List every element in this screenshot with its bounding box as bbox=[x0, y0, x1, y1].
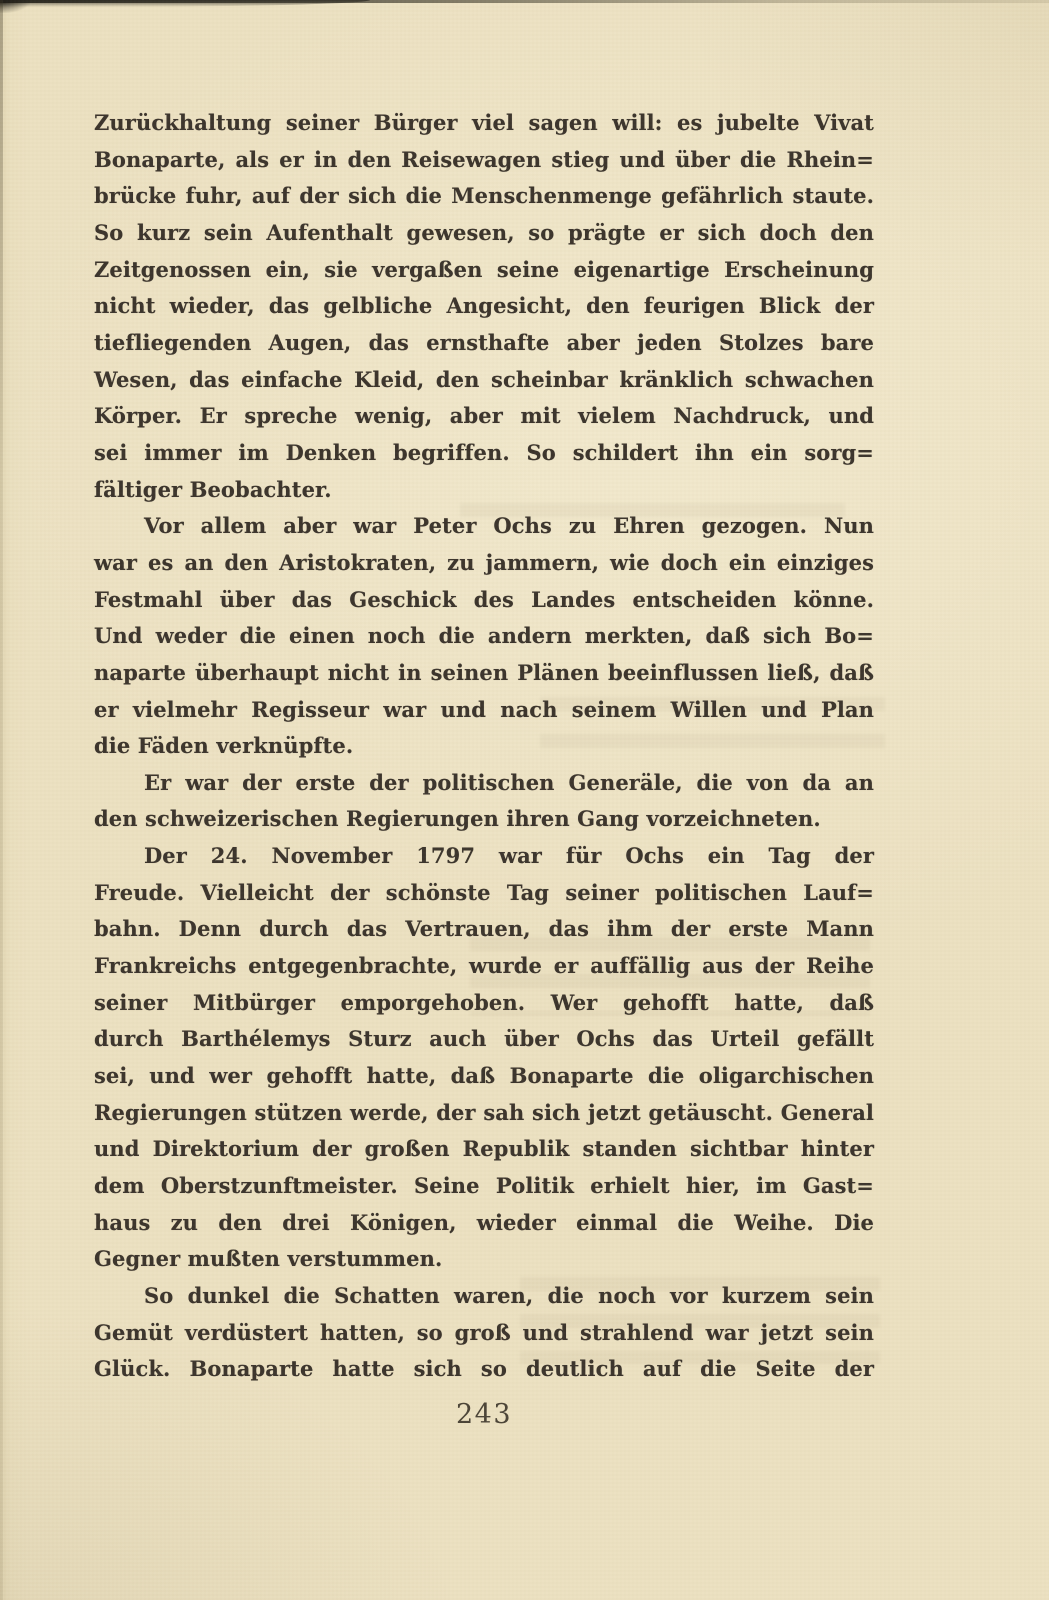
page-number: 243 bbox=[94, 1399, 874, 1430]
text-line: Und weder die einen noch die andern merk… bbox=[94, 617, 874, 654]
text-line: Bonaparte, als er in den Reisewagen stie… bbox=[94, 141, 874, 178]
text-line: Zurückhaltung seiner Bürger viel sagen w… bbox=[94, 104, 874, 141]
text-line: war es an den Aristokraten, zu jammern, … bbox=[94, 544, 874, 581]
text-line: Frankreichs entgegenbrachte, wurde er au… bbox=[94, 947, 874, 984]
text-line: Regierungen stützen werde, der sah sich … bbox=[94, 1094, 874, 1131]
text-line: Gegner mußten verstummen. bbox=[94, 1240, 874, 1277]
book-page-scan: Zurückhaltung seiner Bürger viel sagen w… bbox=[0, 0, 1049, 1600]
text-line: sei, und wer gehofft hatte, daß Bonapart… bbox=[94, 1057, 874, 1094]
text-line: nicht wieder, das gelbliche Angesicht, d… bbox=[94, 287, 874, 324]
text-line: So kurz sein Aufenthalt gewesen, so präg… bbox=[94, 214, 874, 251]
text-line: Gemüt verdüstert hatten, so groß und str… bbox=[94, 1314, 874, 1351]
text-line: Freude. Vielleicht der schönste Tag sein… bbox=[94, 874, 874, 911]
text-line: den schweizerischen Regierungen ihren Ga… bbox=[94, 800, 874, 837]
text-line: naparte überhaupt nicht in seinen Plänen… bbox=[94, 654, 874, 691]
text-line: Festmahl über das Geschick des Landes en… bbox=[94, 581, 874, 618]
text-line: und Direktorium der großen Republik stan… bbox=[94, 1130, 874, 1167]
text-line: Wesen, das einfache Kleid, den scheinbar… bbox=[94, 361, 874, 398]
text-line: So dunkel die Schatten waren, die noch v… bbox=[94, 1277, 874, 1314]
text-line: die Fäden verknüpfte. bbox=[94, 727, 874, 764]
text-line: dem Oberstzunftmeister. Seine Politik er… bbox=[94, 1167, 874, 1204]
text-line: Körper. Er spreche wenig, aber mit viele… bbox=[94, 397, 874, 434]
text-line: seiner Mitbürger emporgehoben. Wer gehof… bbox=[94, 984, 874, 1021]
text-line: haus zu den drei Königen, wieder einmal … bbox=[94, 1204, 874, 1241]
page-text-block: Zurückhaltung seiner Bürger viel sagen w… bbox=[94, 104, 874, 1387]
scan-edge-artifact-corner bbox=[0, 0, 30, 13]
text-line: Glück. Bonaparte hatte sich so deutlich … bbox=[94, 1350, 874, 1387]
text-line: tiefliegenden Augen, das ernsthafte aber… bbox=[94, 324, 874, 361]
text-line: Vor allem aber war Peter Ochs zu Ehren g… bbox=[94, 507, 874, 544]
text-line: Zeitgenossen ein, sie vergaßen seine eig… bbox=[94, 251, 874, 288]
scan-edge-artifact-top-left bbox=[0, 0, 370, 7]
text-line: Er war der erste der politischen Generäl… bbox=[94, 764, 874, 801]
text-line: sei immer im Denken begriffen. So schild… bbox=[94, 434, 874, 471]
text-line: brücke fuhr, auf der sich die Menschenme… bbox=[94, 177, 874, 214]
text-line: bahn. Denn durch das Vertrauen, das ihm … bbox=[94, 910, 874, 947]
text-line: durch Barthélemys Sturz auch über Ochs d… bbox=[94, 1020, 874, 1057]
text-line: fältiger Beobachter. bbox=[94, 471, 874, 508]
scan-edge-artifact-left bbox=[0, 0, 3, 1600]
text-line: Der 24. November 1797 war für Ochs ein T… bbox=[94, 837, 874, 874]
text-line: er vielmehr Regisseur war und nach seine… bbox=[94, 691, 874, 728]
